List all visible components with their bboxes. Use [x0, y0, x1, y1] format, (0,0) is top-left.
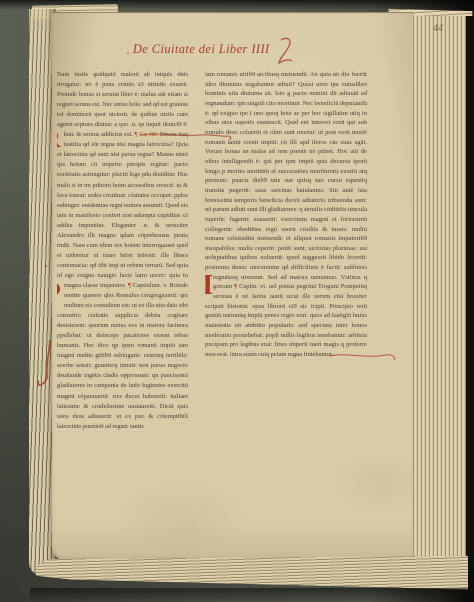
body-text: Emota itaq iustitia qd sūt regna nisi ma… [57, 131, 188, 289]
body-text: Caplm. vi. uel potius pegrinā Trogum Pom… [205, 283, 367, 358]
body-text: Nam iustis quidquid malorū ab iniquis dn… [57, 71, 188, 138]
body-text: iam romanis uirib9 arcibusq metuendū. An… [205, 71, 367, 281]
rubric-text: ¶ Ca. iiii. [135, 131, 160, 138]
drop-cap-initial: P [57, 282, 61, 303]
rubric-mark: ‚ [126, 45, 129, 55]
running-title: ‚De Ciuitate dei Liber IIII [92, 42, 304, 57]
running-title-text: De Ciuitate dei Liber IIII [133, 42, 270, 56]
text-column-left: Nam iustis quidquid malorū ab iniquis dn… [57, 70, 188, 476]
body-text: Roinde omitto querere qles Romulus congr… [57, 282, 188, 430]
ink-spot [45, 265, 47, 267]
folio-number: 44 [433, 23, 443, 34]
book-shadow [30, 588, 470, 602]
page-edges-fore-edge [412, 16, 467, 568]
drop-cap-initial: R [57, 131, 61, 149]
body-text: Capitulum. v. [133, 282, 170, 289]
drop-cap-initial: I [205, 274, 210, 297]
photo-backdrop: { "palette": { "red": "#a83b24", "ink": … [0, 0, 474, 602]
text-column-right: iam romanis uirib9 arcibusq metuendū. An… [205, 70, 367, 476]
